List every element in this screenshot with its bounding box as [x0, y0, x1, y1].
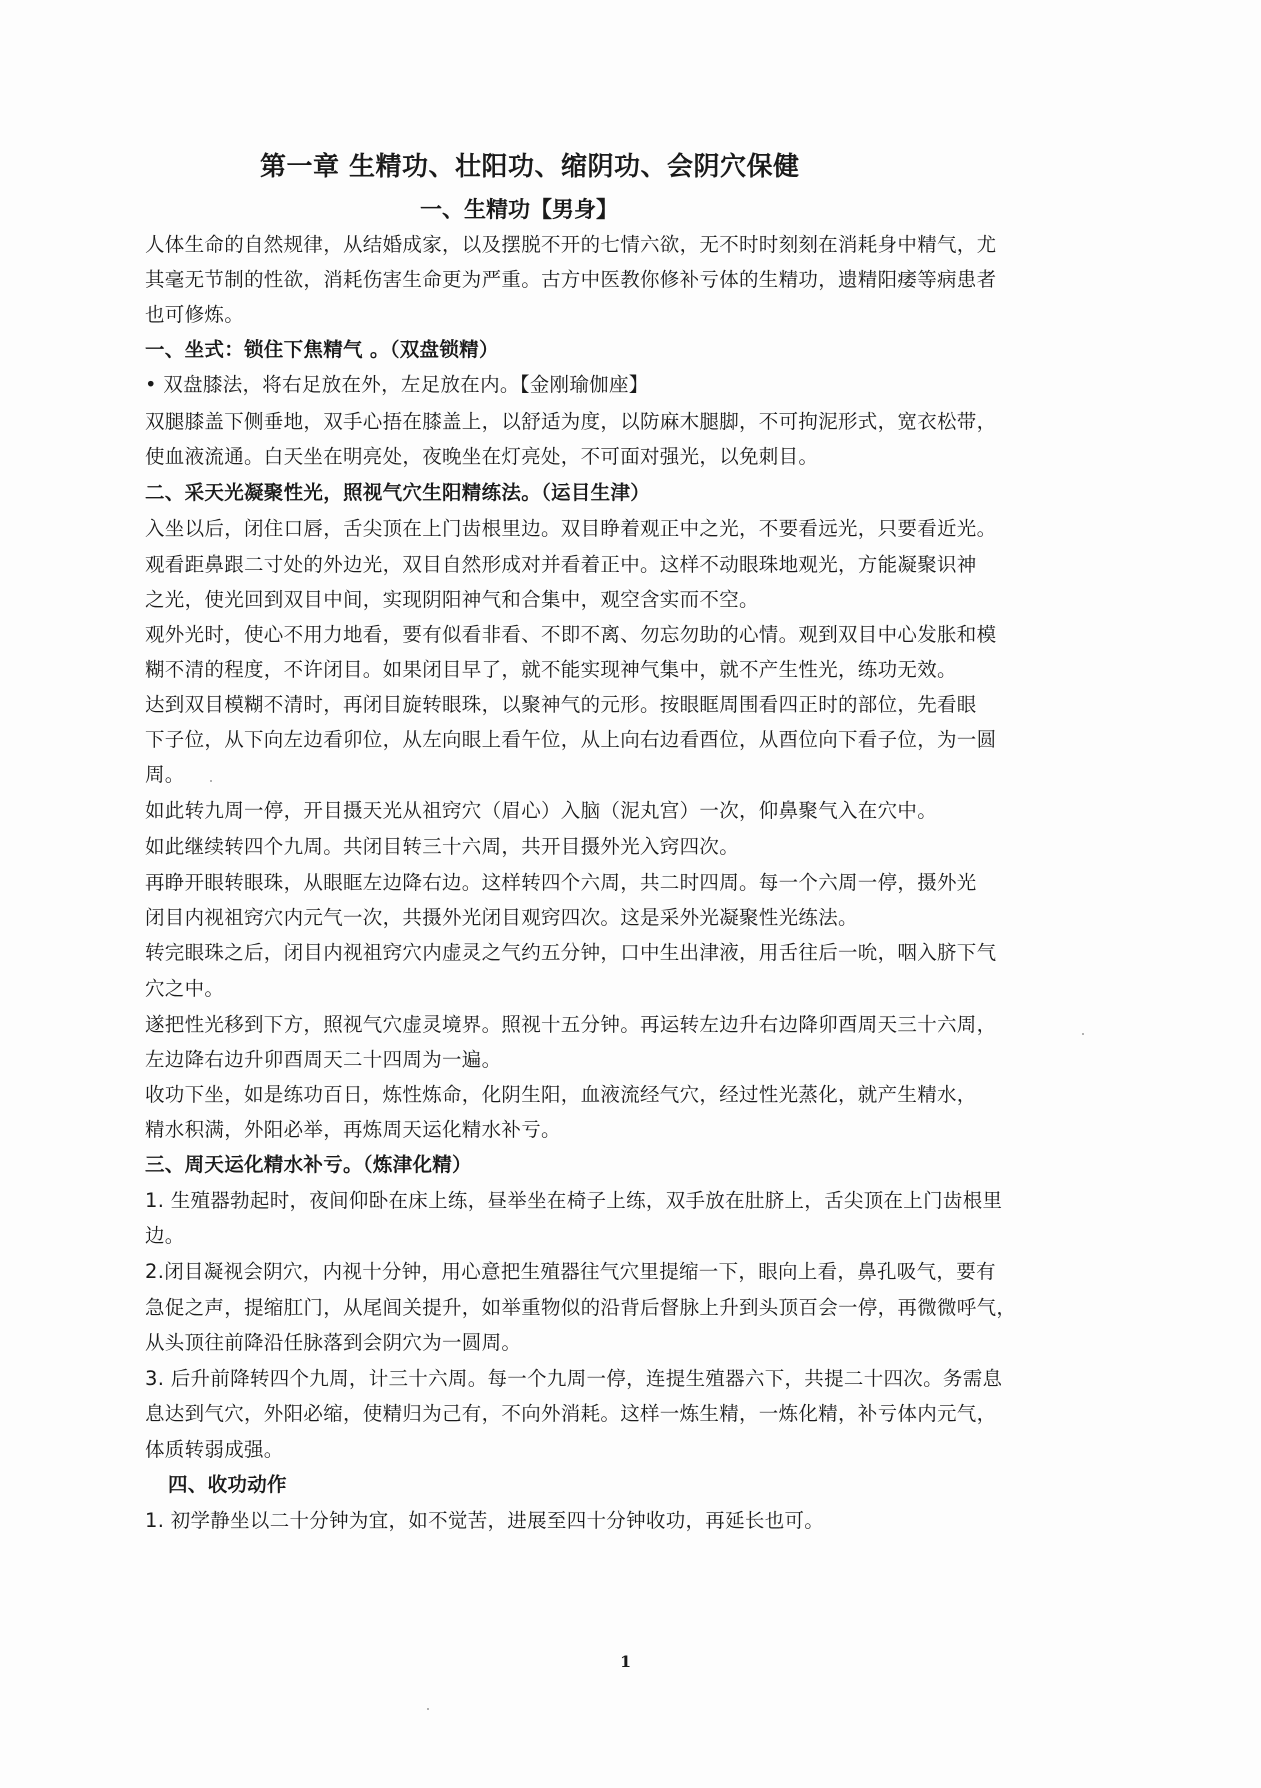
part1-line: 双腿膝盖下侧垂地，双手心捂在膝盖上，以舒适为度，以防麻木腿脚，不可拘泥形式，宽衣… — [145, 409, 996, 435]
section-title: 一、生精功【男身】 — [420, 193, 618, 224]
part2-line: 精水积满，外阳必举，再炼周天运化精水补亏。 — [145, 1117, 561, 1143]
chapter-title: 第一章 生精功、壮阳功、缩阴功、会阴穴保健 — [260, 146, 800, 183]
part2-line: 达到双目模糊不清时，再闭目旋转眼珠，以聚神气的元形。按眼眶周围看四正时的部位，先… — [145, 692, 977, 718]
scan-speck — [1082, 1033, 1084, 1035]
part3-line: 1. 生殖器勃起时，夜间仰卧在床上练，昼举坐在椅子上练，双手放在肚脐上，舌尖顶在… — [145, 1188, 1002, 1214]
part2-line: 闭目内视祖窍穴内元气一次，共摄外光闭目观窍四次。这是采外光凝聚性光练法。 — [145, 905, 858, 931]
part4-heading: 四、收功动作 — [168, 1472, 287, 1498]
intro-line: 人体生命的自然规律，从结婚成家，以及摆脱不开的七情六欲，无不时时刻刻在消耗身中精… — [145, 232, 996, 258]
part2-line: 入坐以后，闭住口唇，舌尖顶在上门齿根里边。双目睁着观正中之光，不要看远光，只要看… — [145, 516, 996, 542]
part3-line: 体质转弱成强。 — [145, 1437, 284, 1463]
part2-line: 穴之中。 — [145, 976, 224, 1002]
scan-speck — [210, 780, 212, 782]
intro-line: 其毫无节制的性欲，消耗伤害生命更为严重。古方中医教你修补亏体的生精功，遗精阳痿等… — [145, 267, 996, 293]
intro-line: 也可修炼。 — [145, 302, 244, 328]
document-page: 第一章 生精功、壮阳功、缩阴功、会阴穴保健 一、生精功【男身】 人体生命的自然规… — [0, 0, 1261, 1788]
part2-heading: 二、采天光凝聚性光，照视气穴生阳精练法。（运目生津） — [145, 480, 650, 506]
part3-heading: 三、周天运化精水补亏。（炼津化精） — [145, 1152, 472, 1178]
part2-line: 下子位，从下向左边看卯位，从左向眼上看午位，从上向右边看酉位，从酉位向下看子位，… — [145, 727, 996, 753]
scan-speck — [427, 1708, 429, 1710]
part2-line: 糊不清的程度，不许闭目。如果闭目早了，就不能实现神气集中，就不产生性光，练功无效… — [145, 657, 957, 683]
part2-line: 观看距鼻跟二寸处的外边光，双目自然形成对并看着正中。这样不动眼珠地观光，方能凝聚… — [145, 552, 977, 578]
part1-heading: 一、坐式：锁住下焦精气 。（双盘锁精） — [145, 337, 499, 363]
part2-line: 再睁开眼转眼珠，从眼眶左边降右边。这样转四个六周，共二时四周。每一个六周一停，摄… — [145, 870, 977, 896]
part2-line: 观外光时，使心不用力地看，要有似看非看、不即不离、勿忘勿助的心情。观到双目中心发… — [145, 622, 996, 648]
part2-line: 转完眼珠之后，闭目内视祖窍穴内虚灵之气约五分钟，口中生出津液，用舌往后一吮，咽入… — [145, 940, 996, 966]
part2-line: 周。 — [145, 762, 185, 788]
page-number: 1 — [620, 1652, 631, 1671]
part1-line: 使血液流通。白天坐在明亮处，夜晚坐在灯亮处，不可面对强光，以免刺目。 — [145, 444, 818, 470]
part4-line: 1. 初学静坐以二十分钟为宜，如不觉苦，进展至四十分钟收功，再延长也可。 — [145, 1508, 824, 1534]
part2-line: 遂把性光移到下方，照视气穴虚灵境界。照视十五分钟。再运转左边升右边降卯酉周天三十… — [145, 1012, 996, 1038]
part3-line: 3. 后升前降转四个九周，计三十六周。每一个九周一停，连提生殖器六下，共提二十四… — [145, 1366, 1002, 1392]
part2-line: 如此转九周一停，开目摄天光从祖窍穴（眉心）入脑（泥丸宫）一次，仰鼻聚气入在穴中。 — [145, 798, 937, 824]
part2-line: 如此继续转四个九周。共闭目转三十六周，共开目摄外光入窍四次。 — [145, 834, 739, 860]
part2-line: 左边降右边升卯酉周天二十四周为一遍。 — [145, 1047, 501, 1073]
part3-line: 2.闭目凝视会阴穴，内视十分钟，用心意把生殖器往气穴里提缩一下，眼向上看，鼻孔吸… — [145, 1259, 996, 1285]
part2-line: 收功下坐，如是练功百日，炼性炼命，化阴生阳，血液流经气穴，经过性光蒸化，就产生精… — [145, 1082, 977, 1108]
part3-line: 边。 — [145, 1223, 185, 1249]
part2-line: 之光，使光回到双目中间，实现阴阳神气和合集中，观空含实而不空。 — [145, 587, 759, 613]
part3-line: 从头顶往前降沿任脉落到会阴穴为一圆周。 — [145, 1330, 521, 1356]
part3-line: 息达到气穴，外阳必缩，使精归为己有，不向外消耗。这样一炼生精，一炼化精，补亏体内… — [145, 1401, 996, 1427]
part1-bullet: • 双盘膝法，将右足放在外，左足放在内。【金刚瑜伽座】 — [145, 372, 649, 398]
part3-line: 急促之声，提缩肛门，从尾闾关提升，如举重物似的沿背后督脉上升到头顶百会一停，再微… — [145, 1295, 1016, 1321]
